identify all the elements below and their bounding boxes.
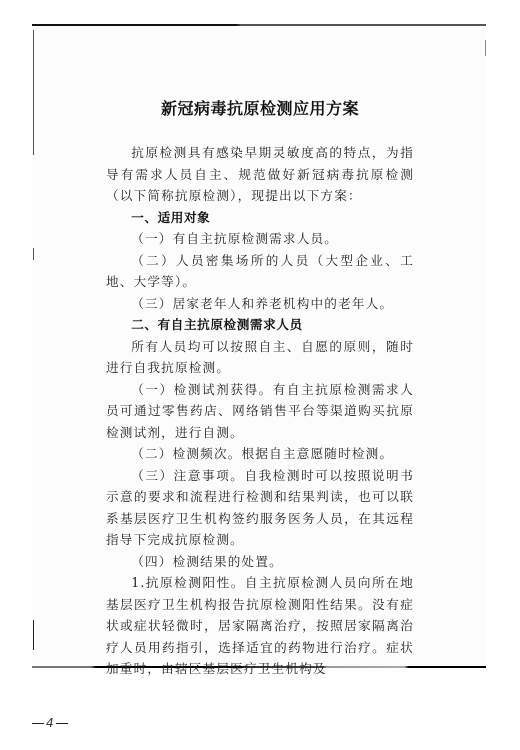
- body-paragraph-precautions: （三）注意事项。自我检测时可以按照说明书示意的要求和流程进行检测和结果判读，也可…: [106, 465, 414, 551]
- scan-margin-mark: [33, 248, 34, 260]
- list-item: （三）居家老年人和养老机构中的老年人。: [106, 293, 414, 315]
- document-body: 抗原检测具有感染早期灵敏度高的特点，为指导有需求人员自主、规范做好新冠病毒抗原检…: [106, 142, 414, 680]
- body-paragraph: 所有人员均可以按照自主、自愿的原则，随时进行自我抗原检测。: [106, 336, 414, 379]
- page-number: 4: [32, 716, 68, 730]
- top-rule: [32, 24, 486, 26]
- page-number-dash-right: [56, 723, 68, 724]
- scan-margin-mark: [33, 620, 34, 650]
- page-number-dash-left: [32, 723, 44, 724]
- body-paragraph-positive-result: 1.抗原检测阳性。自主抗原检测人员向所在地基层医疗卫生机构报告抗原检测阳性结果。…: [106, 572, 414, 680]
- scan-margin-mark: [33, 30, 34, 155]
- list-item: （二）人员密集场所的人员（大型企业、工地、大学等）。: [106, 250, 414, 293]
- page-number-value: 4: [46, 716, 54, 730]
- section-heading-self-testing-persons: 二、有自主抗原检测需求人员: [106, 314, 414, 336]
- list-item: （一）有自主抗原检测需求人员。: [106, 228, 414, 250]
- body-paragraph-reagent-acquisition: （一）检测试剂获得。有自主抗原检测需求人员可通过零售药店、网络销售平台等渠道购买…: [106, 379, 414, 444]
- intro-paragraph: 抗原检测具有感染早期灵敏度高的特点，为指导有需求人员自主、规范做好新冠病毒抗原检…: [106, 142, 414, 207]
- section-heading-applicable-targets: 一、适用对象: [106, 207, 414, 229]
- body-paragraph-test-frequency: （二）检测频次。根据自主意愿随时检测。: [106, 443, 414, 465]
- document-title: 新冠病毒抗原检测应用方案: [0, 96, 520, 119]
- body-paragraph-result-handling: （四）检测结果的处置。: [106, 551, 414, 573]
- scan-margin-mark: [485, 40, 486, 56]
